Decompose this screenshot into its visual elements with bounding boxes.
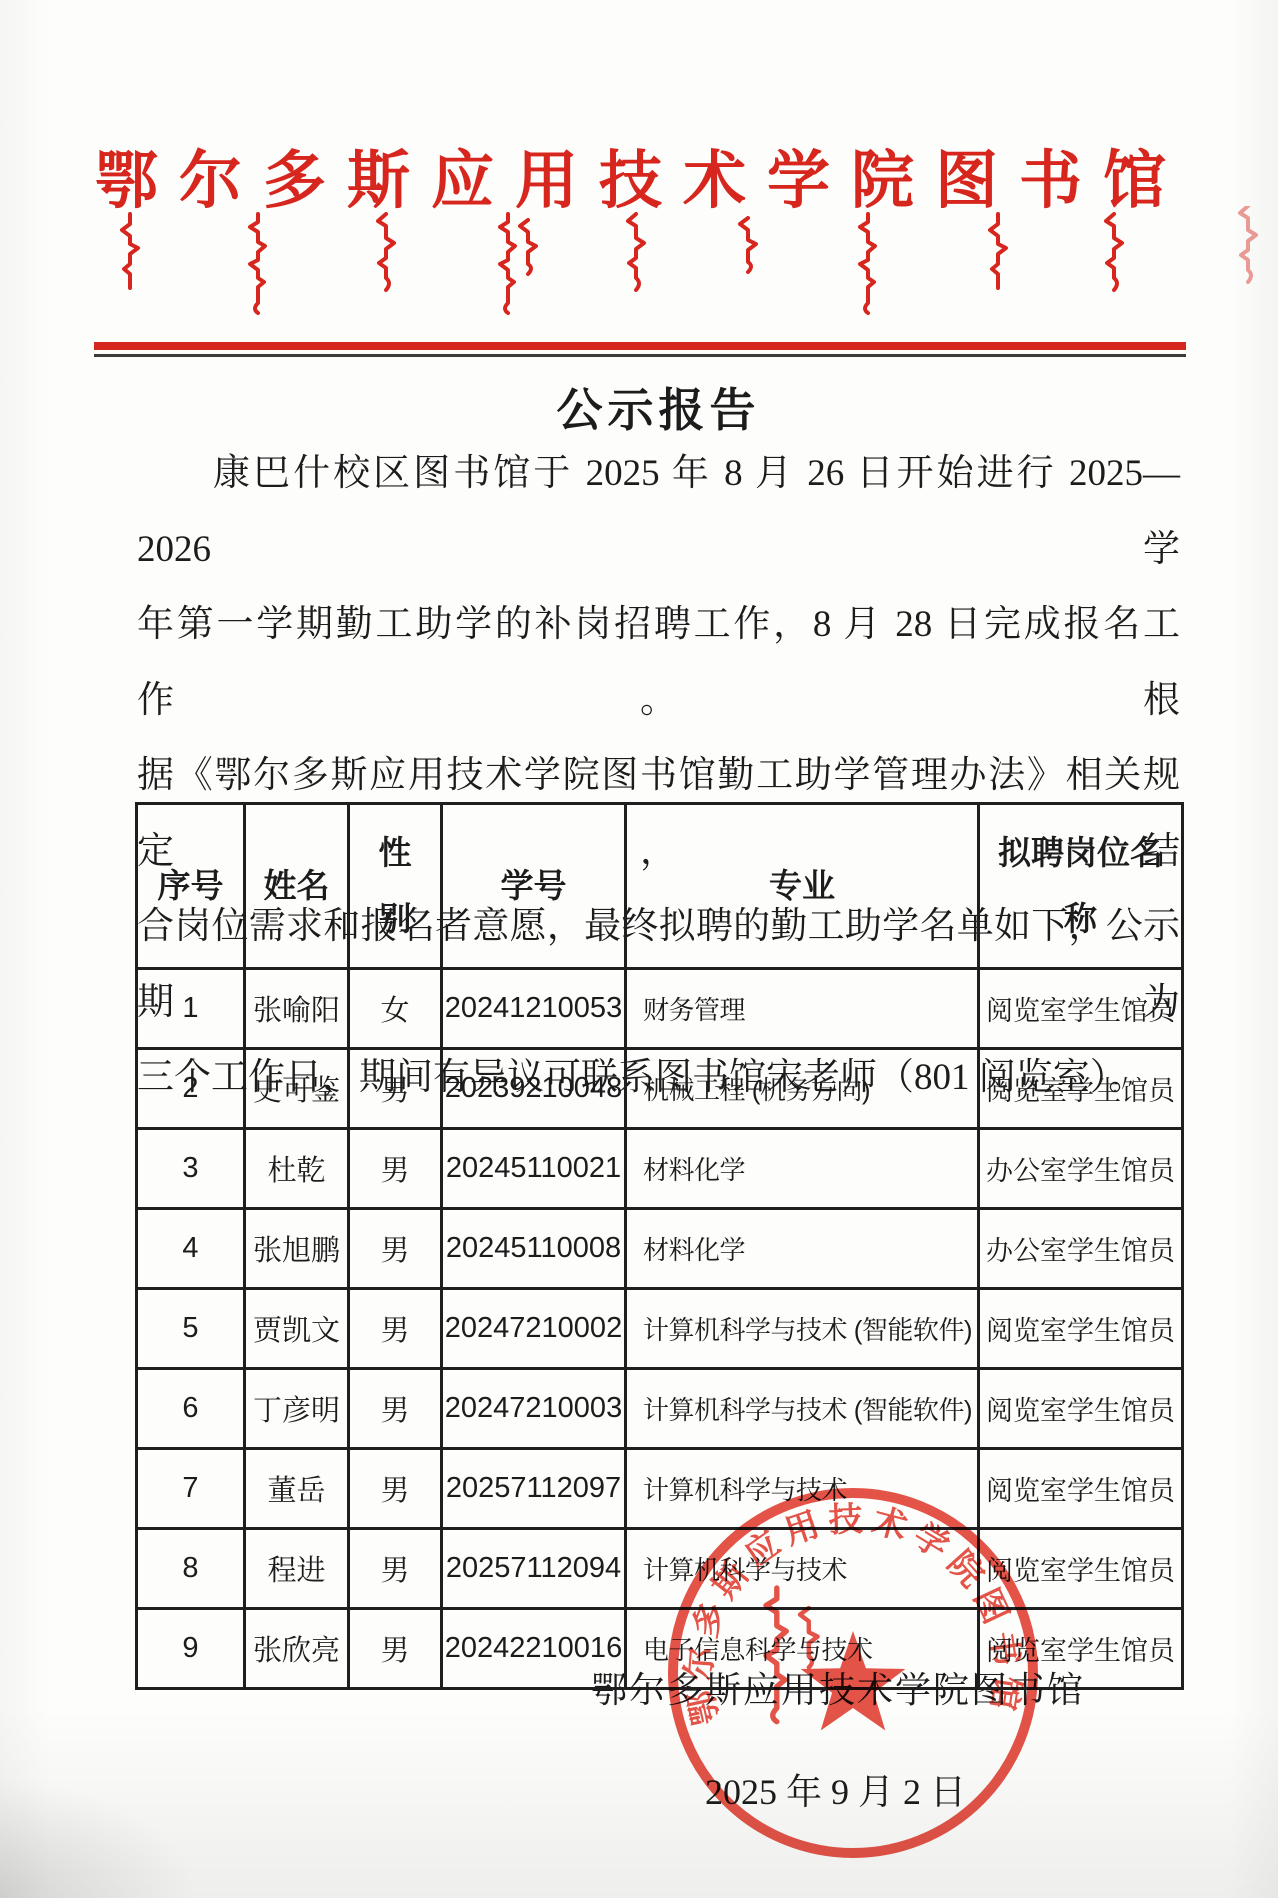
official-seal-stamp: 鄂尔多斯应用技术学院图书馆 xyxy=(648,1468,1058,1878)
table-cell: 20247210003 xyxy=(442,1369,626,1449)
table-cell: 董岳 xyxy=(245,1449,349,1529)
table-cell: 张喻阳 xyxy=(245,969,349,1049)
table-cell: 财务管理 xyxy=(626,969,979,1049)
table-cell: 阅览室学生馆员 xyxy=(979,969,1183,1049)
table-cell: 20257112097 xyxy=(442,1449,626,1529)
table-row: 6丁彦明男20247210003计算机科学与技术 (智能软件)阅览室学生馆员 xyxy=(137,1369,1183,1449)
col-header-major: 专业 xyxy=(626,804,979,969)
document-title: 公示报告 xyxy=(137,374,1180,440)
table-cell: 7 xyxy=(137,1449,245,1529)
seal-mongolian-text xyxy=(766,1588,818,1722)
col-header-student-id: 学号 xyxy=(442,804,626,969)
table-cell: 阅览室学生馆员 xyxy=(979,1049,1183,1129)
table-cell: 3 xyxy=(137,1129,245,1209)
col-header-position: 拟聘岗位名称 xyxy=(979,804,1183,969)
table-cell: 男 xyxy=(349,1449,442,1529)
applicant-table-header: 序号 姓名 性别 学号 专业 拟聘岗位名称 xyxy=(137,804,1183,969)
table-cell: 6 xyxy=(137,1369,245,1449)
table-cell: 杜乾 xyxy=(245,1129,349,1209)
table-cell: 20247210002 xyxy=(442,1289,626,1369)
header-row: 序号 姓名 性别 学号 专业 拟聘岗位名称 xyxy=(137,804,1183,969)
seal-star-icon xyxy=(801,1631,906,1731)
col-header-gender: 性别 xyxy=(349,804,442,969)
table-row: 4张旭鹏男20245110008材料化学办公室学生馆员 xyxy=(137,1209,1183,1289)
table-cell: 贾凯文 xyxy=(245,1289,349,1369)
table-cell: 办公室学生馆员 xyxy=(979,1129,1183,1209)
table-cell: 男 xyxy=(349,1289,442,1369)
table-cell: 计算机科学与技术 (智能软件) xyxy=(626,1289,979,1369)
table-cell: 机械工程 (机务方向) xyxy=(626,1049,979,1129)
table-cell: 程进 xyxy=(245,1529,349,1609)
table-cell: 张旭鹏 xyxy=(245,1209,349,1289)
body-line: 康巴什校区图书馆于 2025 年 8 月 26 日开始进行 2025—2026 … xyxy=(137,436,1180,587)
document-page: 鄂尔多斯应用技术学院图书馆 公示报告 康巴什校区图书馆于 2025 年 8 月 … xyxy=(0,0,1278,1898)
table-cell: 办公室学生馆员 xyxy=(979,1209,1183,1289)
table-row: 5贾凯文男20247210002计算机科学与技术 (智能软件)阅览室学生馆员 xyxy=(137,1289,1183,1369)
table-cell: 20257112094 xyxy=(442,1529,626,1609)
table-cell: 男 xyxy=(349,1129,442,1209)
table-cell: 阅览室学生馆员 xyxy=(979,1289,1183,1369)
body-line: 年第一学期勤工助学的补岗招聘工作，8 月 28 日完成报名工作。根 xyxy=(137,587,1180,738)
table-cell: 5 xyxy=(137,1289,245,1369)
table-cell: 20239210048 xyxy=(442,1049,626,1129)
table-cell: 丁彦明 xyxy=(245,1369,349,1449)
table-cell: 20245110008 xyxy=(442,1209,626,1289)
mongolian-script-row xyxy=(0,206,1278,336)
table-cell: 材料化学 xyxy=(626,1209,979,1289)
table-cell: 8 xyxy=(137,1529,245,1609)
letterhead-divider xyxy=(94,342,1186,350)
table-cell: 2 xyxy=(137,1049,245,1129)
table-row: 2史可鉴男20239210048机械工程 (机务方向)阅览室学生馆员 xyxy=(137,1049,1183,1129)
table-cell: 史可鉴 xyxy=(245,1049,349,1129)
col-header-index: 序号 xyxy=(137,804,245,969)
table-cell: 20241210053 xyxy=(442,969,626,1049)
table-cell: 男 xyxy=(349,1209,442,1289)
table-cell: 男 xyxy=(349,1049,442,1129)
table-cell: 男 xyxy=(349,1369,442,1449)
table-cell: 20245110021 xyxy=(442,1129,626,1209)
table-cell: 计算机科学与技术 (智能软件) xyxy=(626,1369,979,1449)
col-header-name: 姓名 xyxy=(245,804,349,969)
table-row: 1张喻阳女20241210053财务管理阅览室学生馆员 xyxy=(137,969,1183,1049)
table-cell: 材料化学 xyxy=(626,1129,979,1209)
table-cell: 女 xyxy=(349,969,442,1049)
table-row: 3杜乾男20245110021材料化学办公室学生馆员 xyxy=(137,1129,1183,1209)
table-cell: 阅览室学生馆员 xyxy=(979,1369,1183,1449)
table-cell: 男 xyxy=(349,1529,442,1609)
table-cell: 1 xyxy=(137,969,245,1049)
table-cell: 4 xyxy=(137,1209,245,1289)
